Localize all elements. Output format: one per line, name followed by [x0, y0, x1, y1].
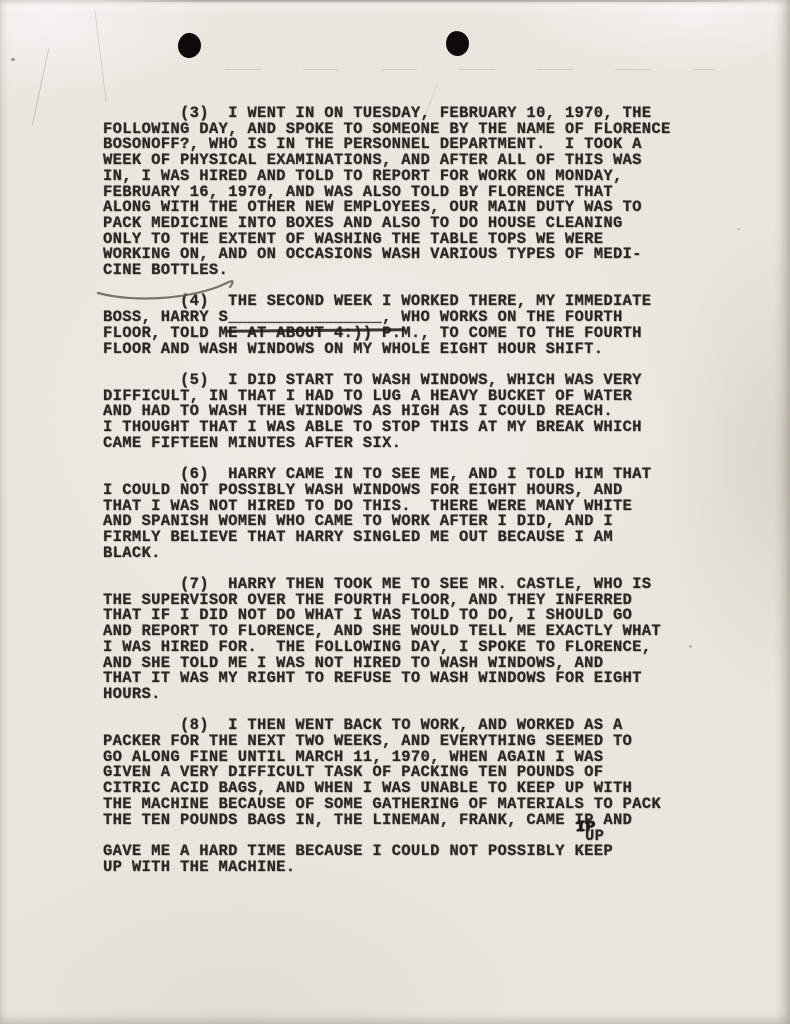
scan-top-edge — [95, 0, 775, 2]
hole-punch-right — [445, 30, 470, 57]
paragraph-3: (3) I WENT IN ON TUESDAY, FEBRUARY 10, 1… — [103, 106, 743, 279]
scratch-mark — [32, 49, 49, 126]
paper-crease-line — [225, 69, 715, 70]
scratch-mark — [94, 10, 106, 101]
scanned-document-page: (3) I WENT IN ON TUESDAY, FEBRUARY 10, 1… — [0, 0, 790, 1024]
paragraph-6: (6) HARRY CAME IN TO SEE ME, AND I TOLD … — [103, 467, 743, 561]
pencil-squiggle-mark — [92, 274, 262, 308]
paragraph-7: (7) HARRY THEN TOOK ME TO SEE MR. CASTLE… — [103, 577, 743, 703]
paragraph-5: (5) I DID START TO WASH WINDOWS, WHICH W… — [103, 373, 743, 452]
scan-right-shadow — [774, 0, 790, 1024]
typed-correction-up: UP — [585, 829, 604, 845]
typed-text-block: (3) I WENT IN ON TUESDAY, FEBRUARY 10, 1… — [103, 106, 743, 891]
ink-speck — [11, 58, 15, 61]
paragraph-8: (8) I THEN WENT BACK TO WORK, AND WORKED… — [103, 718, 743, 875]
hole-punch-left — [176, 32, 202, 60]
